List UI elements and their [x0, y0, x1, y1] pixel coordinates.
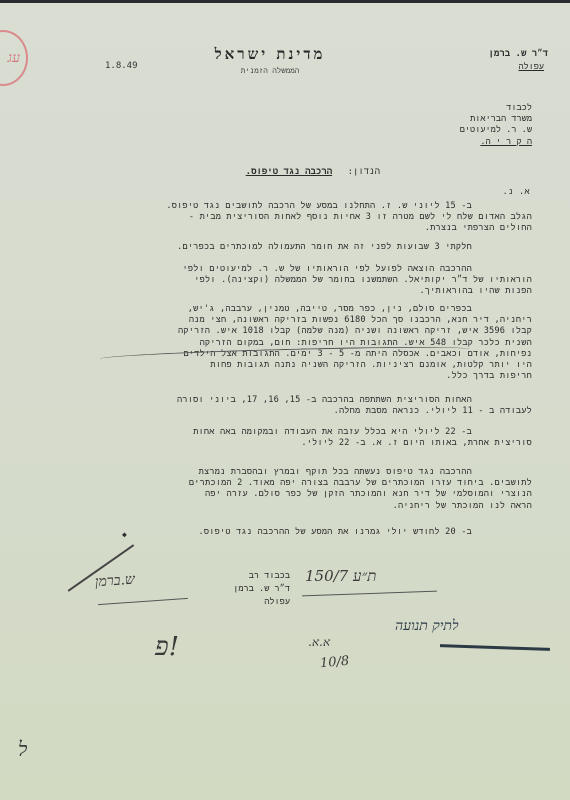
handwritten-date: 10/8	[319, 654, 349, 671]
salutation: לכבוד	[372, 103, 532, 114]
text-line: הראה לנו המוכתר של ריחניה.	[52, 501, 532, 512]
text-line: לעבודה ב - 11 ליולי. כנראה מסבת מחלה.	[52, 406, 532, 417]
handwritten-routing-note: לתיק תנועה	[395, 618, 459, 635]
document-date: 1.8.49	[105, 61, 138, 71]
paragraph-8: ב- 20 לחודש יולי גמרנו את המסע של ההרכבה…	[52, 527, 532, 538]
text-line: ב- 22 ליולי היא בכלל עזבה את העבודה ובמק…	[52, 427, 532, 438]
scan-edge	[0, 0, 570, 3]
text-line: קבלו 3596 איש, זריקה ראשונה ושניה (מנה ש…	[52, 326, 532, 337]
handwritten-initials-small: א.א.	[308, 635, 330, 650]
signer-name: ד״ר ש. ברמן	[200, 583, 290, 596]
text-line: חלקתי 3 שבועות לפני זה את חומר התעמולה ל…	[52, 242, 532, 253]
text-line: חריפות בדרך כלל.	[52, 371, 532, 382]
text-line: לתושבים. ביחוד עזרו המוכתרים של ערבבה בצ…	[52, 478, 532, 489]
subject-label: הנדון:	[348, 167, 380, 177]
signature-block: בכבוד רב ד״ר ש. ברמן עפולה	[200, 570, 290, 609]
subject-value: הרכבה נגד טיפוס.	[246, 167, 332, 177]
subject-line: הנדון: הרכבה נגד טיפוס.	[246, 167, 380, 177]
red-stamp: עג	[0, 30, 28, 86]
text-line: החולים הצרפתי בנצרת.	[52, 223, 532, 234]
text-line: ב- 20 לחודש יולי גמרנו את המסע של ההרכבה…	[52, 527, 532, 538]
greeting: א. נ.	[503, 187, 530, 198]
handwritten-signature: ש.ברמן	[94, 572, 135, 592]
paragraph-7: ההרכבה נגד טיפוס נעשתה בכל תוקף ובמרץ וב…	[52, 467, 532, 512]
letterhead-title: מדינת ישראל	[195, 45, 345, 64]
stamp-text: עג	[7, 50, 20, 67]
text-line: היו יותר קלטות, אומנם רציניות. הזריקה הש…	[52, 360, 532, 371]
text-line: הנוצרי והמוסלמי של דיר חנא והמוכתר הזקן …	[52, 489, 532, 500]
paragraph-5: האחות הסוריצית השתתפה בהרכבה ב- 15, 16, …	[52, 395, 532, 417]
text-line: ב- 15 ליוני ש. ז. התחלנו במסע של הרכבה ל…	[52, 201, 532, 212]
letterhead-subtitle: הממשלה הזמנית	[195, 66, 345, 76]
text-line: ההרכבה הוצאה לפועל לפי הוראותיו של ש. ר.…	[52, 264, 532, 275]
signature-underline	[98, 598, 188, 605]
corner-handwritten-mark: ל	[18, 737, 27, 762]
signer-place: עפולה	[200, 596, 290, 609]
handwritten-initials: פ!	[155, 632, 179, 662]
addressee-block: לכבוד משרד הבריאות ש. ר. למיעוטים ה ק ר …	[372, 103, 532, 148]
handwritten-file-note: ת״ע 150/7	[305, 567, 376, 586]
addressee-city: ה ק ר י ה.	[372, 137, 532, 148]
text-line: הגלב האדום שלח לי לשם מטרה זו 3 אחיות נו…	[52, 212, 532, 223]
paragraph-2: חלקתי 3 שבועות לפני זה את חומר התעמולה ל…	[52, 242, 532, 253]
text-line: ההרכבה נגד טיפוס נעשתה בכל תוקף ובמרץ וב…	[52, 467, 532, 478]
note-underline-blue	[440, 644, 550, 650]
addressee-line: משרד הבריאות	[372, 114, 532, 125]
text-line: האחות הסוריצית השתתפה בהרכבה ב- 15, 16, …	[52, 395, 532, 406]
text-line: ריחניה, דיר חנא, הרכבנו סך הכל 6180 נפשו…	[52, 315, 532, 326]
text-line: הוראותיו של ד״ר יקותיאל. השתמשנו בחומר ש…	[52, 275, 532, 286]
paragraph-1: ב- 15 ליוני ש. ז. התחלנו במסע של הרכבה ל…	[52, 201, 532, 235]
addressee-line: ש. ר. למיעוטים	[372, 125, 532, 136]
text-line: בכפרים סולם, נין, כפר מסר, טייבה, טמנין,…	[52, 304, 532, 315]
paragraph-3: ההרכבה הוצאה לפועל לפי הוראותיו של ש. ר.…	[52, 264, 532, 298]
text-line: הפנות שהיו בהוראותיך.	[52, 286, 532, 297]
closing: בכבוד רב	[200, 570, 290, 583]
paragraph-4: בכפרים סולם, נין, כפר מסר, טייבה, טמנין,…	[52, 304, 532, 382]
sender-name: ד״ר ש. ברמן	[489, 49, 548, 59]
paragraph-6: ב- 22 ליולי היא בכלל עזבה את העבודה ובמק…	[52, 427, 532, 449]
note-underline	[302, 591, 437, 597]
sender-place: עפולה	[518, 62, 544, 72]
text-line: סוריצית אחרת, באותו היום ז. א. ב- 22 ליו…	[52, 438, 532, 449]
